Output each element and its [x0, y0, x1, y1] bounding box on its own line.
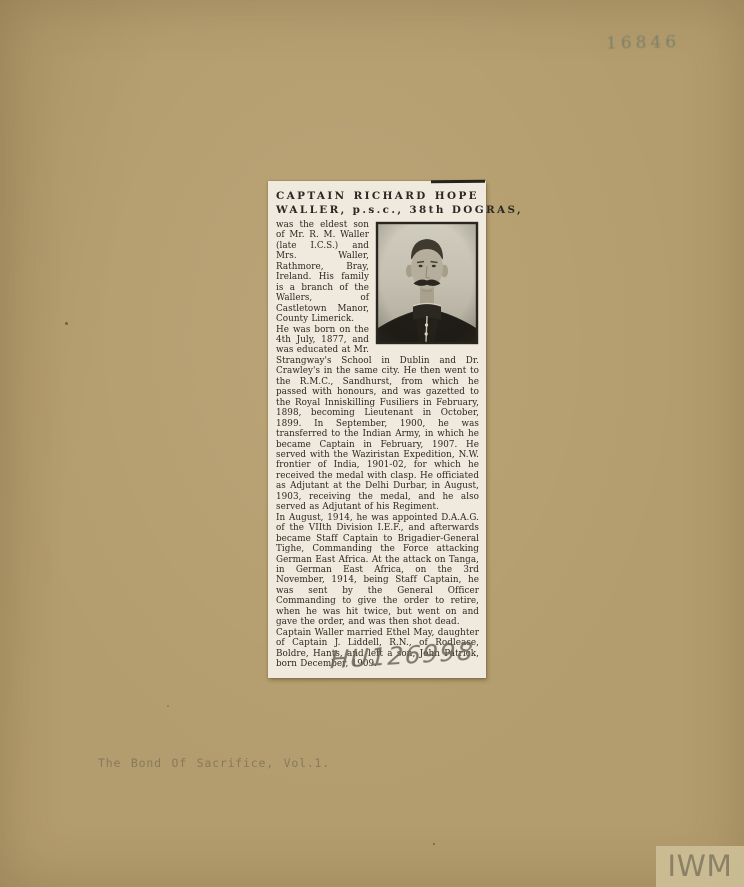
paper-speck	[65, 322, 68, 325]
archive-card-scan: 16846 CAPTAIN RICHARD HOPE WALLER, p.s.c…	[0, 0, 744, 887]
headline-line-2: WALLER, p.s.c., 38th DOGRAS,	[276, 203, 479, 217]
iwm-watermark: IWM	[656, 846, 744, 887]
iwm-watermark-text: IWM	[667, 852, 732, 881]
source-caption: The Bond Of Sacrifice, Vol.1.	[98, 756, 330, 770]
accession-number-stamp: 16846	[606, 32, 680, 53]
paper-speck	[167, 705, 169, 707]
print-artifact-line	[431, 180, 485, 184]
clipping-paragraph-2: He was born on the 4th July, 1877, and w…	[276, 325, 479, 513]
portrait-photo-graphic	[375, 221, 479, 345]
headline-line-1: CAPTAIN RICHARD HOPE	[276, 189, 479, 203]
portrait-photo	[375, 221, 479, 345]
clipping-paragraph-3: In August, 1914, he was appointed D.A.A.…	[276, 513, 479, 628]
obituary-clipping: CAPTAIN RICHARD HOPE WALLER, p.s.c., 38t…	[268, 181, 486, 678]
paper-speck	[433, 843, 435, 845]
clipping-headline: CAPTAIN RICHARD HOPE WALLER, p.s.c., 38t…	[276, 189, 479, 217]
